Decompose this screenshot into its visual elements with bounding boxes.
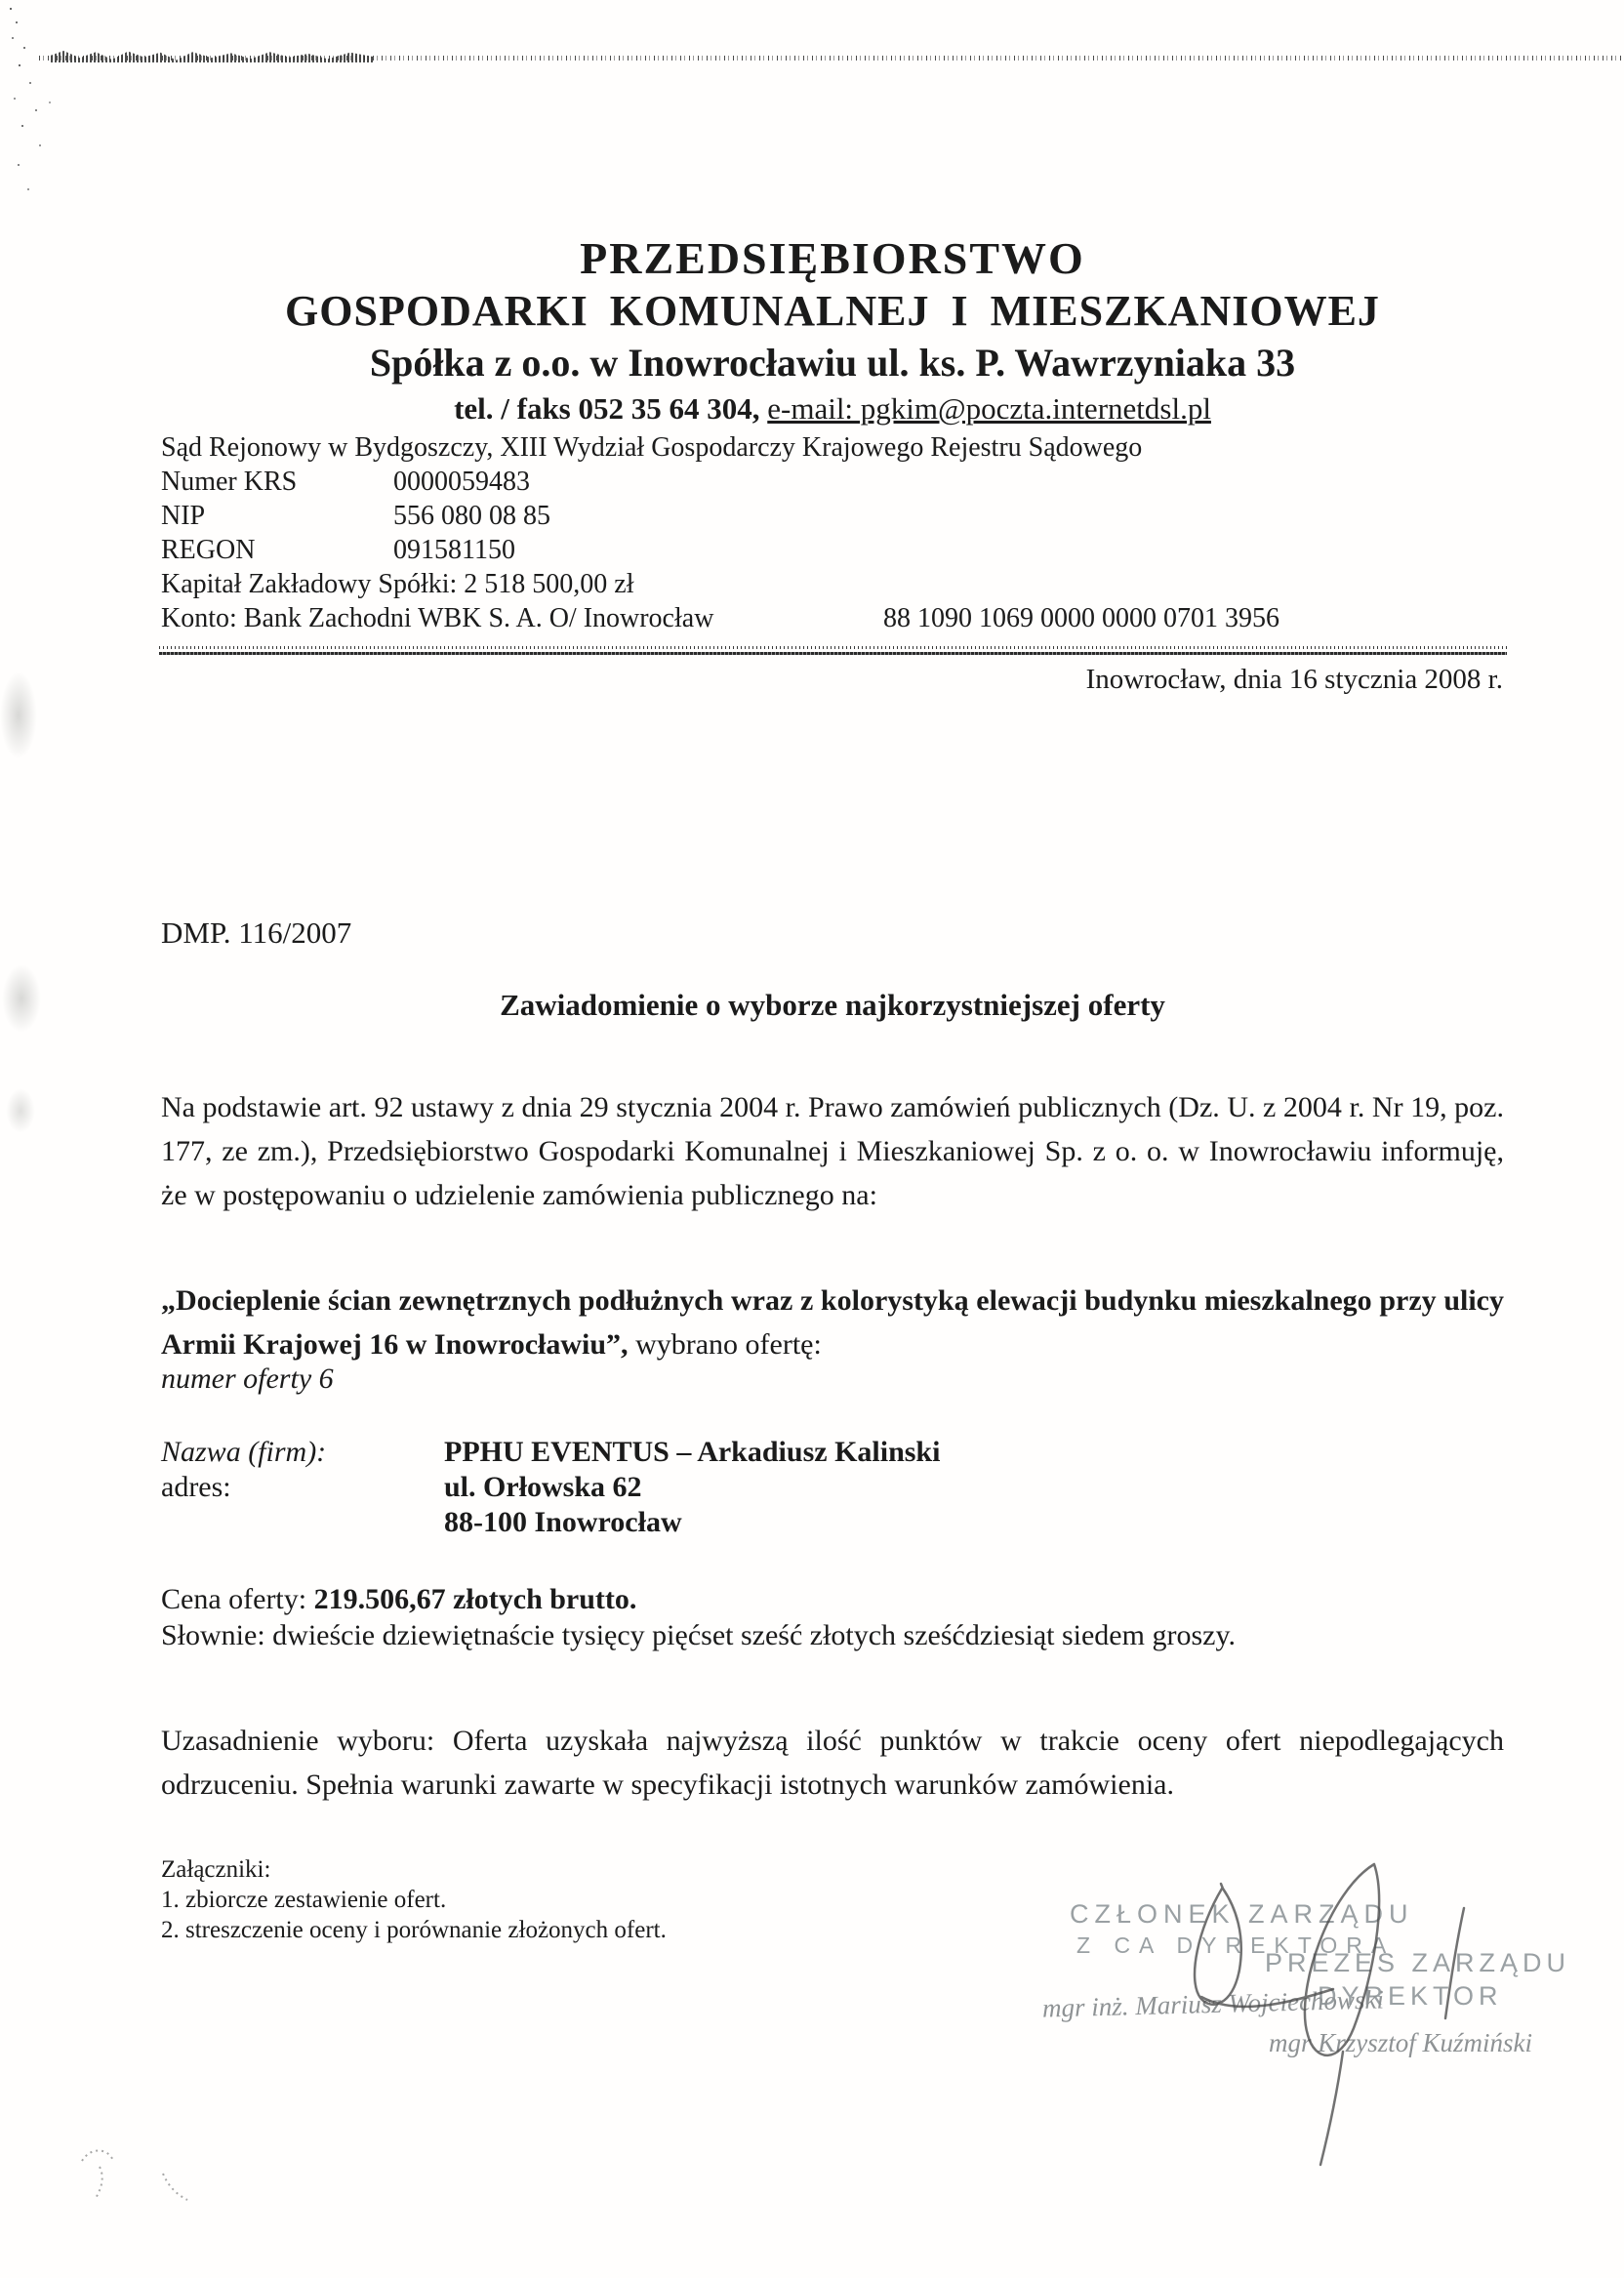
bank-account-number: 88 1090 1069 0000 0000 0701 3956 xyxy=(883,603,1279,633)
reference-number: DMP. 116/2007 xyxy=(161,915,351,951)
date-line: Inowrocław, dnia 16 stycznia 2008 r. xyxy=(1086,664,1503,696)
winner-details: Nazwa (firm): PPHU EVENTUS – Arkadiusz K… xyxy=(161,1435,940,1540)
regon-label: REGON xyxy=(161,533,393,567)
document-title: Zawiadomienie o wyborze najkorzystniejsz… xyxy=(161,988,1504,1023)
intro-paragraph: Na podstawie art. 92 ustawy z dnia 29 st… xyxy=(161,1085,1504,1217)
price-value: 219.506,67 złotych brutto. xyxy=(314,1583,637,1615)
attachments-label: Załączniki: xyxy=(161,1854,667,1885)
attachment-item: 1. zbiorcze zestawienie ofert. xyxy=(161,1885,667,1915)
subject-tail-text: wybrano ofertę: xyxy=(629,1328,822,1361)
winner-address-street: ul. Orłowska 62 xyxy=(444,1470,642,1505)
contact-line: tel. / faks 052 35 64 304, e-mail: pgkim… xyxy=(161,388,1504,428)
winner-address-row: adres: ul. Orłowska 62 xyxy=(161,1470,940,1505)
winner-address-label: adres: xyxy=(161,1470,444,1505)
company-name-line1: PRZEDSIĘBIORSTWO xyxy=(161,232,1504,285)
handwritten-signature-strokes xyxy=(995,1835,1624,2225)
price-line: Cena oferty: 219.506,67 złotych brutto. xyxy=(161,1581,1504,1617)
winner-name-label: Nazwa (firm): xyxy=(161,1435,444,1470)
subject-bold-text: „Docieplenie ścian zewnętrznych podłużny… xyxy=(161,1284,1504,1361)
regon-line: REGON091581150 xyxy=(161,533,1504,567)
signature-area: CZŁONEK ZARZĄDU Z CA DYREKTORA PREZES ZA… xyxy=(995,1835,1624,2225)
price-label: Cena oferty: xyxy=(161,1583,314,1615)
registry-details: Sąd Rejonowy w Bydgoszczy, XIII Wydział … xyxy=(161,430,1504,635)
krs-value: 0000059483 xyxy=(393,467,530,497)
krs-label: Numer KRS xyxy=(161,465,393,499)
bank-account-line: Konto: Bank Zachodni WBK S. A. O/ Inowro… xyxy=(161,601,1504,635)
attachment-item: 2. streszczenie oceny i porównanie złożo… xyxy=(161,1915,667,1945)
price-section: Cena oferty: 219.506,67 złotych brutto. … xyxy=(161,1581,1504,1653)
winner-address-city: 88-100 Inowrocław xyxy=(444,1505,682,1540)
capital-line: Kapitał Zakładowy Spółki: 2 518 500,00 z… xyxy=(161,567,1504,601)
phone-fax: tel. / faks 052 35 64 304, xyxy=(454,391,767,426)
nip-line: NIP556 080 08 85 xyxy=(161,499,1504,533)
bank-account-label: Konto: Bank Zachodni WBK S. A. O/ Inowro… xyxy=(161,601,883,635)
margin-smudge xyxy=(2,964,41,1033)
nip-label: NIP xyxy=(161,499,393,533)
company-address-line: Spółka z o.o. w Inowrocławiu ul. ks. P. … xyxy=(161,338,1504,388)
nip-value: 556 080 08 85 xyxy=(393,501,550,531)
pencil-scribble xyxy=(70,2139,217,2217)
price-in-words: Słownie: dwieście dziewiętnaście tysięcy… xyxy=(161,1617,1504,1653)
attachments-section: Załączniki: 1. zbiorcze zestawienie ofer… xyxy=(161,1854,667,1945)
winner-name-row: Nazwa (firm): PPHU EVENTUS – Arkadiusz K… xyxy=(161,1435,940,1470)
letterhead: PRZEDSIĘBIORSTWO GOSPODARKI KOMUNALNEJ I… xyxy=(161,232,1504,635)
subject-paragraph: „Docieplenie ścian zewnętrznych podłużny… xyxy=(161,1279,1504,1366)
scan-noise-speckles xyxy=(10,8,12,10)
krs-line: Numer KRS0000059483 xyxy=(161,465,1504,499)
offer-number-line: numer oferty 6 xyxy=(161,1363,334,1396)
dotted-divider xyxy=(159,646,1507,655)
regon-value: 091581150 xyxy=(393,535,515,565)
winner-city-spacer xyxy=(161,1505,444,1540)
winner-city-row: 88-100 Inowrocław xyxy=(161,1505,940,1540)
email-address: e-mail: pgkim@poczta.internetdsl.pl xyxy=(767,391,1211,426)
winner-name-value: PPHU EVENTUS – Arkadiusz Kalinski xyxy=(444,1435,940,1470)
company-name-line2: GOSPODARKI KOMUNALNEJ I MIESZKANIOWEJ xyxy=(161,285,1504,338)
court-registry-line: Sąd Rejonowy w Bydgoszczy, XIII Wydział … xyxy=(161,430,1504,465)
justification-paragraph: Uzasadnienie wyboru: Oferta uzyskała naj… xyxy=(161,1719,1504,1807)
margin-smudge xyxy=(0,671,37,759)
scanned-letter-page: PRZEDSIĘBIORSTWO GOSPODARKI KOMUNALNEJ I… xyxy=(0,0,1624,2278)
margin-smudge xyxy=(6,1088,35,1133)
